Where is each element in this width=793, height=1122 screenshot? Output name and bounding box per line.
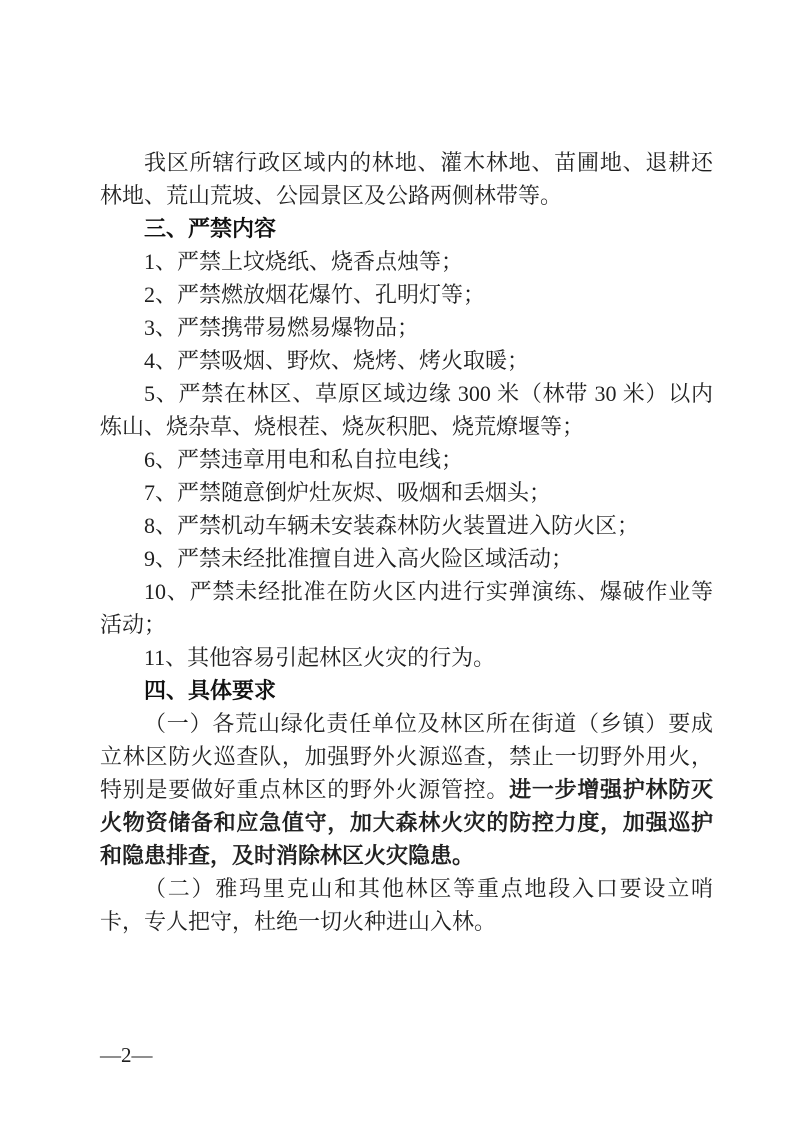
page-number: —2—: [100, 1042, 153, 1068]
section-heading-requirements: 四、具体要求: [100, 674, 713, 707]
requirement-paragraph-2: （二）雅玛里克山和其他林区等重点地段入口要设立哨卡，专人把守，杜绝一切火种进山入…: [100, 872, 713, 938]
prohibition-item-2: 2、严禁燃放烟花爆竹、孔明灯等；: [100, 278, 713, 311]
prohibition-item-9: 9、严禁未经批准擅自进入高火险区域活动；: [100, 542, 713, 575]
section-heading-prohibitions: 三、严禁内容: [100, 212, 713, 245]
prohibition-item-11: 11、其他容易引起林区火灾的行为。: [100, 641, 713, 674]
document-page: 我区所辖行政区域内的林地、灌木林地、苗圃地、退耕还林地、荒山荒坡、公园景区及公路…: [0, 0, 793, 1122]
prohibition-item-6: 6、严禁违章用电和私自拉电线；: [100, 443, 713, 476]
prohibition-item-8: 8、严禁机动车辆未安装森林防火装置进入防火区；: [100, 509, 713, 542]
document-body: 我区所辖行政区域内的林地、灌木林地、苗圃地、退耕还林地、荒山荒坡、公园景区及公路…: [100, 146, 713, 938]
prohibition-item-10: 10、严禁未经批准在防火区内进行实弹演练、爆破作业等活动；: [100, 575, 713, 641]
prohibition-item-3: 3、严禁携带易燃易爆物品；: [100, 311, 713, 344]
requirement-paragraph-1: （一）各荒山绿化责任单位及林区所在街道（乡镇）要成立林区防火巡查队，加强野外火源…: [100, 707, 713, 872]
prohibition-item-4: 4、严禁吸烟、野炊、烧烤、烤火取暖；: [100, 344, 713, 377]
prohibition-item-5: 5、严禁在林区、草原区域边缘 300 米（林带 30 米）以内炼山、烧杂草、烧根…: [100, 377, 713, 443]
intro-paragraph: 我区所辖行政区域内的林地、灌木林地、苗圃地、退耕还林地、荒山荒坡、公园景区及公路…: [100, 146, 713, 212]
prohibition-item-7: 7、严禁随意倒炉灶灰烬、吸烟和丢烟头；: [100, 476, 713, 509]
prohibition-item-1: 1、严禁上坟烧纸、烧香点烛等；: [100, 245, 713, 278]
